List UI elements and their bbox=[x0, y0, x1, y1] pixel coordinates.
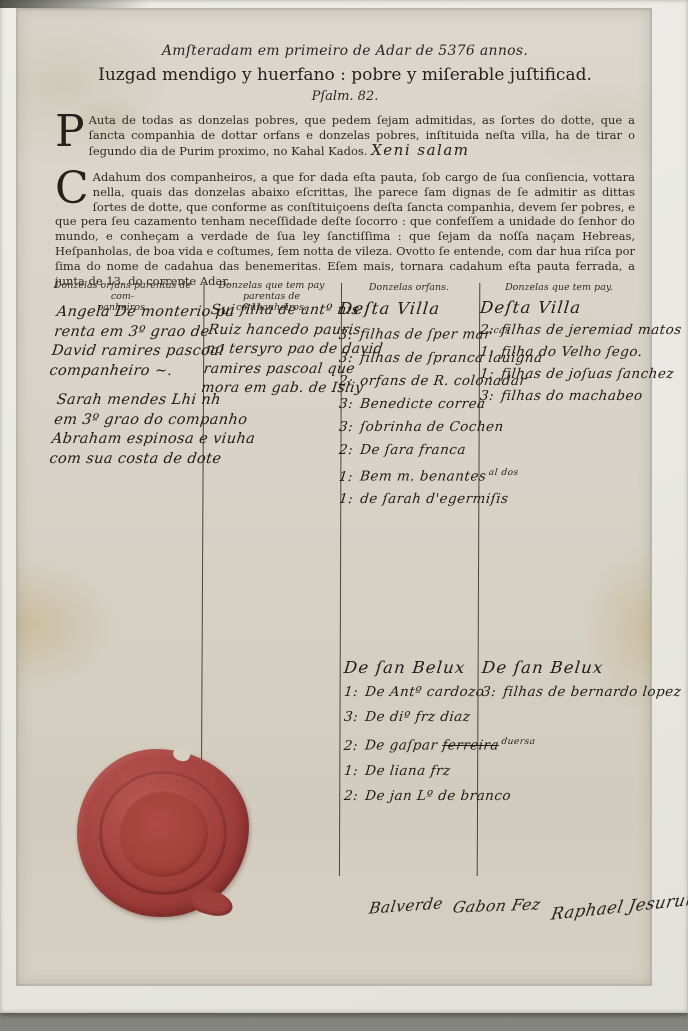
entry-number: 1: bbox=[343, 759, 360, 784]
wax-seal-drip bbox=[189, 886, 236, 919]
entry-text: de ſarah d'egermiſis bbox=[359, 491, 509, 507]
psalm-citation: Pſalm. 82. bbox=[55, 89, 635, 104]
entry-number: 2: bbox=[338, 370, 355, 393]
register-entry: De ſan Belux bbox=[481, 655, 683, 680]
signature: Balverde bbox=[368, 894, 445, 918]
entry-number: 1: bbox=[479, 363, 495, 385]
wax-seal-emboss bbox=[118, 789, 207, 876]
register-entry: 2:De jan Lº de branco bbox=[343, 784, 537, 809]
entry-number: 3: bbox=[338, 347, 355, 370]
handwritten-annotation: Xeni salam bbox=[371, 141, 469, 159]
entry-number: 1: bbox=[343, 680, 360, 705]
register-entry: 1:Bem m. benantesal dos bbox=[338, 462, 544, 489]
hand-line: Donzelas que tem pay. bbox=[479, 282, 639, 293]
register-entry: 1:de ſarah d'egermiſis bbox=[338, 488, 544, 511]
entry-text: Bem m. benantes bbox=[359, 468, 487, 484]
entry-superscript: duersa bbox=[501, 737, 536, 747]
entry-number: 2: bbox=[338, 439, 355, 462]
dateline: Amſteradam em primeiro de Adar de 5376 a… bbox=[55, 43, 635, 59]
hand-line: com sua costa de dote bbox=[48, 450, 254, 470]
entry-text: Benedicte correa bbox=[359, 396, 486, 412]
entry-text: filhas de bernardo lopez bbox=[502, 684, 682, 700]
entry-number: 1: bbox=[338, 465, 355, 488]
hand-line: renta em 3º grao de bbox=[53, 323, 233, 343]
entry-number: 2: bbox=[479, 319, 495, 341]
drop-cap-c: C bbox=[55, 170, 93, 206]
entry-text: filha do Velho ſego. bbox=[500, 344, 643, 360]
frame-corner-shadow bbox=[0, 0, 150, 8]
handwritten-block-col1-b: Sarah mendes Lhi nhem 3º grao do companh… bbox=[48, 391, 261, 469]
hand-line: Donzelas orfans parentas de com- bbox=[45, 280, 200, 302]
paragraph-text: Auta de todas as donzelas pobres, que pe… bbox=[89, 113, 635, 158]
entry-text: filhas de joſuas ſanchez bbox=[500, 366, 675, 382]
register-entry: Deſta Villa bbox=[479, 297, 683, 319]
register-entry: 3:ſobrinha de Cochen bbox=[338, 416, 544, 439]
entry-strikethrough: ferreira bbox=[441, 738, 499, 754]
entry-number: 3: bbox=[338, 416, 355, 439]
signature: Gabon Fez bbox=[451, 895, 543, 917]
paragraph-cadahum: CAdahum dos companheiros, a que for dada… bbox=[55, 170, 635, 288]
register-entry: 3:De diº frz diaz bbox=[343, 705, 537, 730]
entry-superscript: al dos bbox=[488, 468, 519, 478]
hand-line: Donzelas que tem pay parentas de bbox=[204, 280, 339, 302]
entry-number: 2: bbox=[343, 784, 360, 809]
entry-number: 1: bbox=[479, 341, 495, 363]
register-entry: 1:filha do Velho ſego. bbox=[479, 341, 683, 363]
register-entry: 1:De liana frz bbox=[343, 759, 537, 784]
entry-text: De diº frz diaz bbox=[364, 709, 471, 725]
entry-text: filhas de ſper mar bbox=[359, 327, 492, 343]
entry-number: 3: bbox=[338, 393, 355, 416]
document-paper: Amſteradam em primeiro de Adar de 5376 a… bbox=[17, 9, 651, 985]
red-wax-seal bbox=[77, 749, 249, 917]
register-entry: 3:filhas de bernardo lopez bbox=[481, 680, 683, 705]
hand-line: Donzelas orfans. bbox=[341, 282, 477, 293]
paragraph-text: Adahum dos companheiros, a que for dada … bbox=[55, 170, 635, 288]
hand-line: em 3º grao do companho bbox=[53, 411, 259, 431]
entry-text: De Antº cardozo bbox=[364, 684, 485, 700]
register-entry: 3:filhas do machabeo bbox=[479, 385, 683, 407]
picture-frame: Amſteradam em primeiro de Adar de 5376 a… bbox=[0, 0, 688, 1013]
entry-text: filhas de jeremiad matos bbox=[500, 322, 682, 338]
entry-text: De liana frz bbox=[364, 763, 451, 779]
entry-number: 2: bbox=[343, 734, 360, 759]
entry-number: 3: bbox=[479, 385, 495, 407]
register-entry: 1:filhas de joſuas ſanchez bbox=[479, 363, 683, 385]
entry-number: 3: bbox=[338, 324, 355, 347]
photo-of-framed-document: { "palette": { "backdrop": "#8f908a", "f… bbox=[0, 0, 688, 1031]
register-entry: 2:De gaſpar ferreiraduersa bbox=[343, 730, 537, 759]
entry-text: De ſara franca bbox=[359, 442, 466, 458]
entry-text: filhas do machabeo bbox=[500, 388, 643, 404]
signature: Raphael Jesurun bbox=[549, 889, 688, 924]
entry-text: De jan Lº de branco bbox=[364, 788, 512, 804]
document-title: Iuzgad mendigo y huerfano : pobre y miſe… bbox=[55, 65, 635, 85]
paragraph-pauta: PAuta de todas as donzelas pobres, que p… bbox=[55, 113, 635, 158]
entry-text: De gaſpar bbox=[364, 738, 443, 754]
entry-number: 1: bbox=[338, 488, 355, 511]
register-entry: 2:De ſara franca bbox=[338, 439, 544, 462]
register-entry: 2:filhas de jeremiad matos bbox=[479, 319, 683, 341]
signature-row: BalverdeGabon FezRaphael Jesurun bbox=[369, 897, 644, 916]
entry-number: 3: bbox=[481, 680, 498, 705]
register-list-with-father-lower: De ſan Belux3:filhas de bernardo lopez bbox=[482, 655, 681, 705]
register-list-with-father-upper: Deſta Villa2:filhas de jeremiad matos1:f… bbox=[480, 297, 682, 407]
entry-text: ſobrinha de Cochen bbox=[359, 419, 504, 435]
hand-line: Abraham espinosa e viuha bbox=[51, 430, 257, 450]
column-header-with-father: Donzelas que tem pay. bbox=[479, 282, 639, 293]
drop-cap-p: P bbox=[55, 113, 89, 149]
entry-number: 3: bbox=[343, 705, 360, 730]
column-header-orphans: Donzelas orfans. bbox=[341, 282, 477, 293]
